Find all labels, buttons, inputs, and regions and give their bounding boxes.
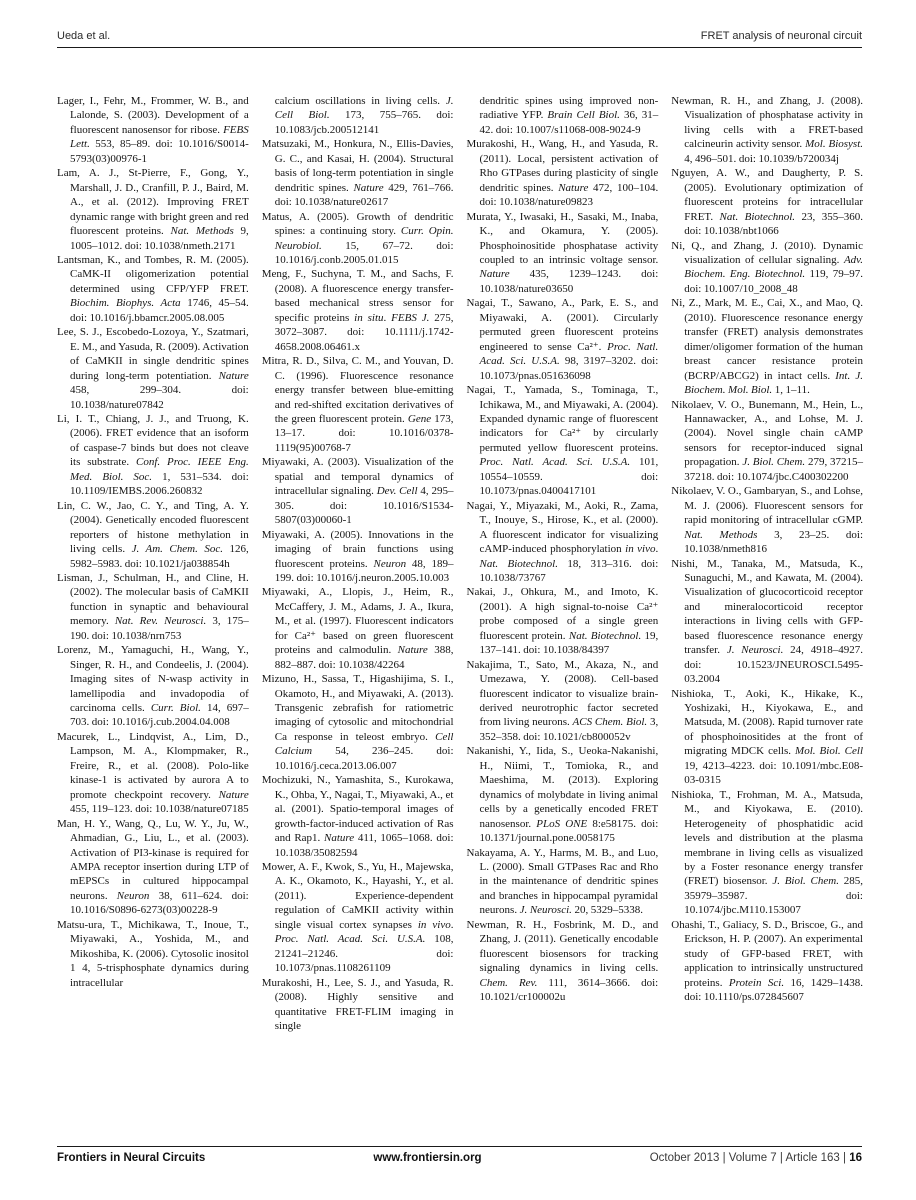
reference-entry: Nishi, M., Tanaka, M., Matsuda, K., Suna… <box>671 557 863 687</box>
reference-entry: Murakoshi, H., Wang, H., and Yasuda, R. … <box>467 137 659 209</box>
reference-entry: Nakayama, A. Y., Harms, M. B., and Luo, … <box>467 846 659 918</box>
reference-entry: Nakai, J., Ohkura, M., and Imoto, K. (20… <box>467 585 659 657</box>
footer-separator: | <box>843 1152 846 1164</box>
reference-entry: Nishioka, T., Frohman, M. A., Matsuda, M… <box>671 788 863 918</box>
reference-entry: Lam, A. J., St-Pierre, F., Gong, Y., Mar… <box>57 166 249 253</box>
reference-entry: Nakanishi, Y., Iida, S., Ueoka-Nakanishi… <box>467 744 659 845</box>
running-head-title: FRET analysis of neuronal circuit <box>701 30 862 42</box>
reference-entry: Mizuno, H., Sassa, T., Higashijima, S. I… <box>262 672 454 773</box>
reference-entry: Miyawaki, A. (2005). Innovations in the … <box>262 528 454 586</box>
journal-page: Ueda et al. FRET analysis of neuronal ci… <box>0 0 916 1200</box>
reference-entry: Lin, C. W., Jao, C. Y., and Ting, A. Y. … <box>57 499 249 571</box>
reference-entry: Macurek, L., Lindqvist, A., Lim, D., Lam… <box>57 730 249 817</box>
reference-entry: Mower, A. F., Kwok, S., Yu, H., Majewska… <box>262 860 454 976</box>
reference-entry: Ni, Q., and Zhang, J. (2010). Dynamic vi… <box>671 239 863 297</box>
references-column-1: Lager, I., Fehr, M., Frommer, W. B., and… <box>57 94 249 1033</box>
reference-entry: Nguyen, A. W., and Daugherty, P. S. (200… <box>671 166 863 238</box>
reference-entry: Nagai, T., Sawano, A., Park, E. S., and … <box>467 296 659 383</box>
reference-entry: Nakajima, T., Sato, M., Akaza, N., and U… <box>467 658 659 745</box>
references-section: Lager, I., Fehr, M., Frommer, W. B., and… <box>57 94 863 1033</box>
footer-issue-info: October 2013 | Volume 7 | Article 163 | … <box>650 1152 862 1164</box>
reference-entry: Nishioka, T., Aoki, K., Hikake, K., Yosh… <box>671 687 863 788</box>
reference-entry: Miyawaki, A., Llopis, J., Heim, R., McCa… <box>262 585 454 672</box>
reference-entry: Meng, F., Suchyna, T. M., and Sachs, F. … <box>262 267 454 354</box>
reference-entry: Newman, R. H., Fosbrink, M. D., and Zhan… <box>467 918 659 1005</box>
footer-journal-name: Frontiers in Neural Circuits <box>57 1152 205 1164</box>
running-head-author: Ueda et al. <box>57 30 110 42</box>
reference-entry: Nagai, T., Yamada, S., Tominaga, T., Ich… <box>467 383 659 499</box>
reference-entry: Nikolaev, V. O., Bunemann, M., Hein, L.,… <box>671 398 863 485</box>
reference-entry: Ohashi, T., Galiacy, S. D., Briscoe, G.,… <box>671 918 863 1005</box>
reference-entry: Lisman, J., Schulman, H., and Cline, H. … <box>57 571 249 643</box>
reference-entry: Nikolaev, V. O., Gambaryan, S., and Lohs… <box>671 484 863 556</box>
footer-website: www.frontiersin.org <box>373 1152 481 1164</box>
reference-entry: Matsu-ura, T., Michikawa, T., Inoue, T.,… <box>57 918 249 990</box>
reference-entry: Newman, R. H., and Zhang, J. (2008). Vis… <box>671 94 863 166</box>
reference-entry: Murata, Y., Iwasaki, H., Sasaki, M., Ina… <box>467 210 659 297</box>
reference-entry: Lee, S. J., Escobedo-Lozoya, Y., Szatmar… <box>57 325 249 412</box>
reference-entry: Nagai, Y., Miyazaki, M., Aoki, R., Zama,… <box>467 499 659 586</box>
reference-entry: Lantsman, K., and Tombes, R. M. (2005). … <box>57 253 249 325</box>
reference-entry: Murakoshi, H., Lee, S. J., and Yasuda, R… <box>262 976 454 1034</box>
reference-entry: dendritic spines using improved non-radi… <box>467 94 659 137</box>
reference-entry: Man, H. Y., Wang, Q., Lu, W. Y., Ju, W.,… <box>57 817 249 918</box>
reference-entry: Matsuzaki, M., Honkura, N., Ellis-Davies… <box>262 137 454 209</box>
reference-entry: Mitra, R. D., Silva, C. M., and Youvan, … <box>262 354 454 455</box>
references-column-2: calcium oscillations in living cells. J.… <box>262 94 454 1033</box>
reference-entry: Ni, Z., Mark, M. E., Cai, X., and Mao, Q… <box>671 296 863 397</box>
reference-entry: Lager, I., Fehr, M., Frommer, W. B., and… <box>57 94 249 166</box>
references-column-3: dendritic spines using improved non-radi… <box>467 94 659 1033</box>
running-head: Ueda et al. FRET analysis of neuronal ci… <box>57 30 862 48</box>
references-column-4: Newman, R. H., and Zhang, J. (2008). Vis… <box>671 94 863 1033</box>
reference-entry: Matus, A. (2005). Growth of dendritic sp… <box>262 210 454 268</box>
page-footer: Frontiers in Neural Circuits www.frontie… <box>57 1146 862 1164</box>
reference-entry: Miyawaki, A. (2003). Visualization of th… <box>262 455 454 527</box>
reference-entry: calcium oscillations in living cells. J.… <box>262 94 454 137</box>
reference-entry: Lorenz, M., Yamaguchi, H., Wang, Y., Sin… <box>57 643 249 730</box>
footer-issue-text: October 2013 | Volume 7 | Article 163 <box>650 1152 840 1164</box>
reference-entry: Li, I. T., Chiang, J. J., and Truong, K.… <box>57 412 249 499</box>
footer-page-number: 16 <box>849 1152 862 1164</box>
reference-entry: Mochizuki, N., Yamashita, S., Kurokawa, … <box>262 773 454 860</box>
